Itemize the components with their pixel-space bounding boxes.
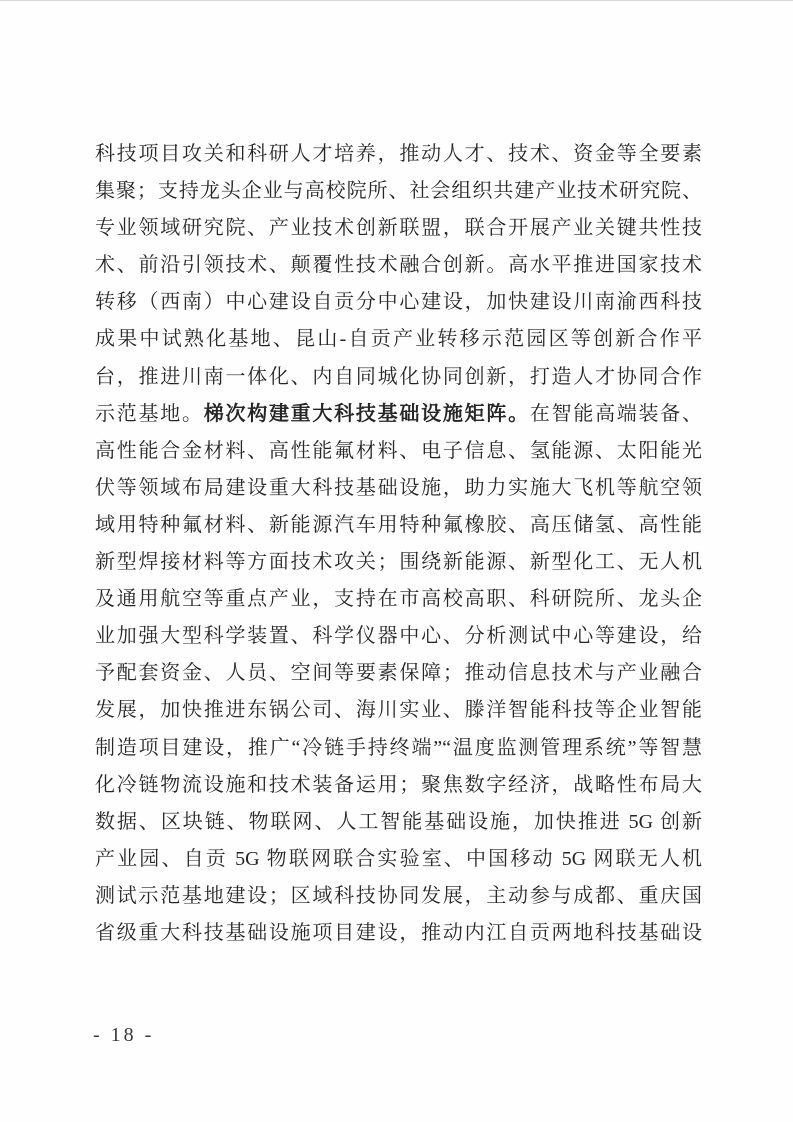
text-run: 予配套资金、人员、空间等要素保障；推动信息技术与产业融合 — [95, 662, 702, 684]
text-run: 台，推进川南一体化、内自同城化协同创新，打造人才协同合作 — [95, 366, 702, 388]
text-line: 域用特种氟材料、新能源汽车用特种氟橡胶、高压储氢、高性能 — [95, 507, 702, 544]
text-line: 制造项目建设，推广“冷链手持终端”“温度监测管理系统”等智慧 — [95, 730, 702, 767]
text-run: 转移（西南）中心建设自贡分中心建设，加快建设川南渝西科技 — [95, 291, 702, 313]
text-run: 业加强大型科学装置、科学仪器中心、分析测试中心等建设，给 — [95, 625, 702, 647]
page-number: - 18 - — [93, 1024, 154, 1047]
text-run: 数据、区块链、物联网、人工智能基础设施，加快推进 5G 创新 — [95, 811, 702, 833]
text-run: 示范基地。 — [95, 403, 204, 425]
text-run: 产业园、自贡 5G 物联网联合实验室、中国移动 5G 网联无人机 — [95, 848, 702, 870]
text-line: 转移（西南）中心建设自贡分中心建设，加快建设川南渝西科技 — [95, 284, 702, 321]
text-run: 新型焊接材料等方面技术攻关；围绕新能源、新型化工、无人机 — [95, 551, 702, 573]
text-run: 集聚；支持龙头企业与高校院所、社会组织共建产业技术研究院、 — [95, 180, 702, 202]
text-run: 制造项目建设，推广“冷链手持终端”“温度监测管理系统”等智慧 — [95, 737, 702, 759]
text-line: 予配套资金、人员、空间等要素保障；推动信息技术与产业融合 — [95, 655, 702, 692]
bold-text-run: 梯次构建重大科技基础设施矩阵。 — [204, 403, 530, 425]
text-run: 发展，加快推进东锅公司、海川实业、滕洋智能科技等企业智能 — [95, 699, 702, 721]
text-run: 化冷链物流设施和技术装备运用；聚焦数字经济，战略性布局大 — [95, 774, 702, 796]
text-line: 台，推进川南一体化、内自同城化协同创新，打造人才协同合作 — [95, 359, 702, 396]
text-run: 域用特种氟材料、新能源汽车用特种氟橡胶、高压储氢、高性能 — [95, 514, 702, 536]
text-line: 伏等领域布局建设重大科技基础设施，助力实施大飞机等航空领 — [95, 470, 702, 507]
text-line: 术、前沿引领技术、颠覆性技术融合创新。高水平推进国家技术 — [95, 247, 702, 284]
text-line: 产业园、自贡 5G 物联网联合实验室、中国移动 5G 网联无人机 — [95, 841, 702, 878]
text-line: 科技项目攻关和科研人才培养，推动人才、技术、资金等全要素 — [95, 136, 702, 173]
text-line: 省级重大科技基础设施项目建设，推动内江自贡两地科技基础设 — [95, 915, 702, 952]
text-run: 省级重大科技基础设施项目建设，推动内江自贡两地科技基础设 — [95, 922, 702, 944]
document-page: 科技项目攻关和科研人才培养，推动人才、技术、资金等全要素集聚；支持龙头企业与高校… — [0, 0, 793, 1122]
text-line: 数据、区块链、物联网、人工智能基础设施，加快推进 5G 创新 — [95, 804, 702, 841]
text-run: 在智能高端装备、 — [530, 403, 702, 425]
text-run: 伏等领域布局建设重大科技基础设施，助力实施大飞机等航空领 — [95, 477, 702, 499]
text-run: 术、前沿引领技术、颠覆性技术融合创新。高水平推进国家技术 — [95, 254, 702, 276]
body-text: 科技项目攻关和科研人才培养，推动人才、技术、资金等全要素集聚；支持龙头企业与高校… — [95, 136, 702, 952]
text-line: 业加强大型科学装置、科学仪器中心、分析测试中心等建设，给 — [95, 618, 702, 655]
text-line: 测试示范基地建设；区域科技协同发展，主动参与成都、重庆国 — [95, 878, 702, 915]
text-line: 成果中试熟化基地、昆山-自贡产业转移示范园区等创新合作平 — [95, 321, 702, 358]
text-run: 科技项目攻关和科研人才培养，推动人才、技术、资金等全要素 — [95, 143, 702, 165]
text-run: 高性能合金材料、高性能氟材料、电子信息、氢能源、太阳能光 — [95, 440, 702, 462]
text-line: 高性能合金材料、高性能氟材料、电子信息、氢能源、太阳能光 — [95, 433, 702, 470]
text-line: 及通用航空等重点产业，支持在市高校高职、科研院所、龙头企 — [95, 581, 702, 618]
text-line: 化冷链物流设施和技术装备运用；聚焦数字经济，战略性布局大 — [95, 767, 702, 804]
text-line: 示范基地。梯次构建重大科技基础设施矩阵。在智能高端装备、 — [95, 396, 702, 433]
text-line: 发展，加快推进东锅公司、海川实业、滕洋智能科技等企业智能 — [95, 692, 702, 729]
text-run: 成果中试熟化基地、昆山-自贡产业转移示范园区等创新合作平 — [95, 328, 702, 350]
text-run: 测试示范基地建设；区域科技协同发展，主动参与成都、重庆国 — [95, 885, 702, 907]
text-run: 专业领域研究院、产业技术创新联盟，联合开展产业关键共性技 — [95, 217, 702, 239]
text-line: 专业领域研究院、产业技术创新联盟，联合开展产业关键共性技 — [95, 210, 702, 247]
text-line: 集聚；支持龙头企业与高校院所、社会组织共建产业技术研究院、 — [95, 173, 702, 210]
text-line: 新型焊接材料等方面技术攻关；围绕新能源、新型化工、无人机 — [95, 544, 702, 581]
text-run: 及通用航空等重点产业，支持在市高校高职、科研院所、龙头企 — [95, 588, 702, 610]
